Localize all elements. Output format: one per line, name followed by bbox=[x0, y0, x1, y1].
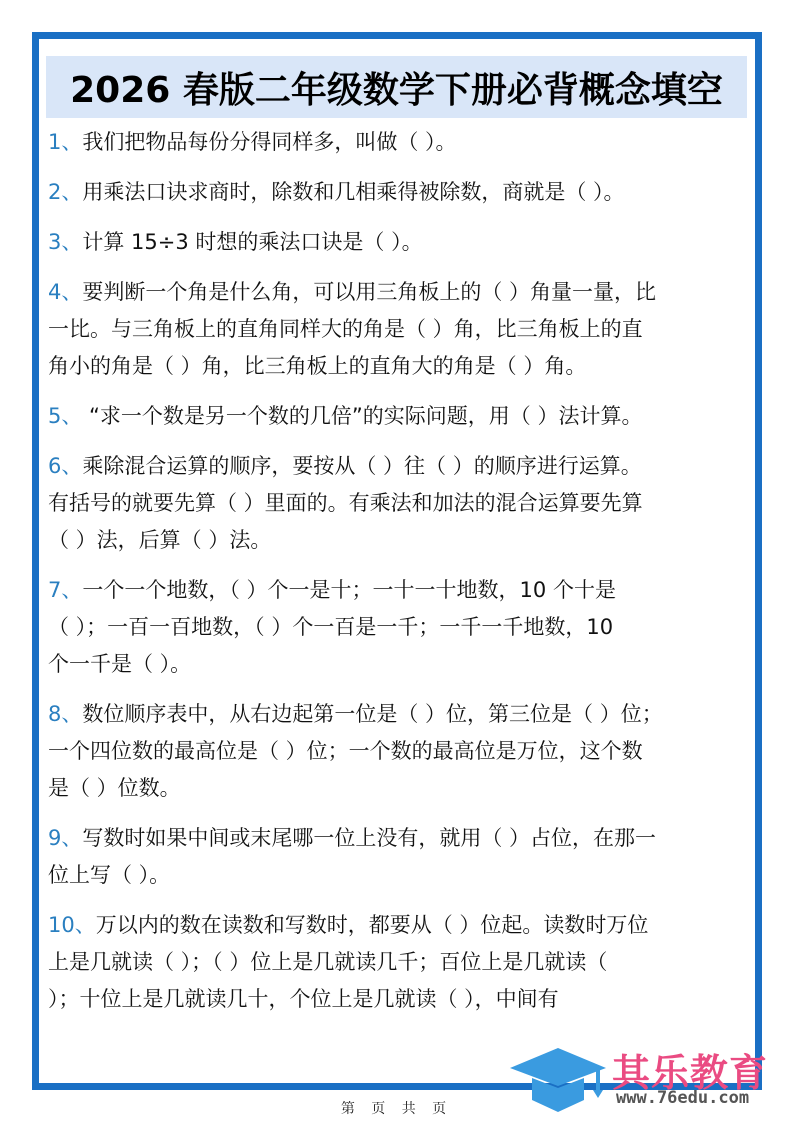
question-number: 8、 bbox=[48, 702, 82, 726]
question-text: 是（ ）位数。 bbox=[48, 776, 181, 800]
question-item: 4、要判断一个角是什么角，可以用三角板上的（ ）角量一量，比一比。与三角板上的直… bbox=[48, 274, 753, 385]
question-text: “求一个数是另一个数的几倍”的实际问题，用（ ）法计算。 bbox=[82, 404, 642, 428]
question-text: 写数时如果中间或末尾哪一位上没有，就用（ ）占位，在那一 bbox=[82, 826, 656, 850]
question-number: 3、 bbox=[48, 230, 82, 254]
question-line: 10、万以内的数在读数和写数时，都要从（ ）位起。读数时万位 bbox=[48, 907, 753, 944]
question-number: 1、 bbox=[48, 130, 82, 154]
question-item: 7、一个一个地数，（ ）个一是十；一十一十地数，10 个十是（ ）；一百一百地数… bbox=[48, 572, 753, 683]
question-line: 个一千是（ ）。 bbox=[48, 646, 753, 683]
question-line: 一比。与三角板上的直角同样大的角是（ ）角，比三角板上的直 bbox=[48, 311, 753, 348]
question-text: 个一千是（ ）。 bbox=[48, 652, 191, 676]
question-text: 数位顺序表中，从右边起第一位是（ ）位，第三位是（ ）位； bbox=[82, 702, 662, 726]
question-item: 3、计算 15÷3 时想的乘法口诀是（ ）。 bbox=[48, 224, 753, 261]
question-line: 上是几就读（ ）；（ ）位上是几就读几千；百位上是几就读（ bbox=[48, 944, 753, 981]
question-line: 一个四位数的最高位是（ ）位；一个数的最高位是万位，这个数 bbox=[48, 733, 753, 770]
question-number: 9、 bbox=[48, 826, 82, 850]
question-item: 9、写数时如果中间或末尾哪一位上没有，就用（ ）占位，在那一位上写（ ）。 bbox=[48, 820, 753, 894]
question-text: 一个一个地数，（ ）个一是十；一十一十地数，10 个十是 bbox=[82, 578, 616, 602]
question-line: 7、一个一个地数，（ ）个一是十；一十一十地数，10 个十是 bbox=[48, 572, 753, 609]
question-line: 8、数位顺序表中，从右边起第一位是（ ）位，第三位是（ ）位； bbox=[48, 696, 753, 733]
question-item: 8、数位顺序表中，从右边起第一位是（ ）位，第三位是（ ）位；一个四位数的最高位… bbox=[48, 696, 753, 807]
question-line: 4、要判断一个角是什么角，可以用三角板上的（ ）角量一量，比 bbox=[48, 274, 753, 311]
question-text: 一个四位数的最高位是（ ）位；一个数的最高位是万位，这个数 bbox=[48, 739, 643, 763]
question-number: 6、 bbox=[48, 454, 82, 478]
title-banner: 2026 春版二年级数学下册必背概念填空 bbox=[46, 56, 747, 118]
question-text: 我们把物品每份分得同样多，叫做（ ）。 bbox=[82, 130, 456, 154]
question-number: 2、 bbox=[48, 180, 82, 204]
question-number: 5、 bbox=[48, 404, 82, 428]
question-text: （ ）法，后算（ ）法。 bbox=[48, 528, 271, 552]
question-text: 一比。与三角板上的直角同样大的角是（ ）角，比三角板上的直 bbox=[48, 317, 643, 341]
question-text: （ ）；一百一百地数，（ ）个一百是一千；一千一千地数，10 bbox=[48, 615, 613, 639]
question-text: 位上写（ ）。 bbox=[48, 863, 170, 887]
question-list: 1、我们把物品每份分得同样多，叫做（ ）。2、用乘法口诀求商时，除数和几相乘得被… bbox=[48, 124, 753, 1031]
question-text: 要判断一个角是什么角，可以用三角板上的（ ）角量一量，比 bbox=[82, 280, 656, 304]
question-line: （ ）法，后算（ ）法。 bbox=[48, 522, 753, 559]
question-line: ）；十位上是几就读几十，个位上是几就读（ ），中间有 bbox=[48, 981, 753, 1018]
question-number: 10、 bbox=[48, 913, 96, 937]
question-text: 万以内的数在读数和写数时，都要从（ ）位起。读数时万位 bbox=[96, 913, 649, 937]
question-line: 是（ ）位数。 bbox=[48, 770, 753, 807]
question-line: （ ）；一百一百地数，（ ）个一百是一千；一千一千地数，10 bbox=[48, 609, 753, 646]
question-text: 用乘法口诀求商时，除数和几相乘得被除数，商就是（ ）。 bbox=[82, 180, 624, 204]
question-item: 1、我们把物品每份分得同样多，叫做（ ）。 bbox=[48, 124, 753, 161]
page-title: 2026 春版二年级数学下册必背概念填空 bbox=[70, 62, 723, 113]
page-footer: 第 页 共 页 bbox=[0, 1098, 793, 1118]
question-item: 6、乘除混合运算的顺序，要按从（ ）往（ ）的顺序进行运算。有括号的就要先算（ … bbox=[48, 448, 753, 559]
question-line: 5、 “求一个数是另一个数的几倍”的实际问题，用（ ）法计算。 bbox=[48, 398, 753, 435]
question-line: 3、计算 15÷3 时想的乘法口诀是（ ）。 bbox=[48, 224, 753, 261]
question-item: 2、用乘法口诀求商时，除数和几相乘得被除数，商就是（ ）。 bbox=[48, 174, 753, 211]
question-line: 有括号的就要先算（ ）里面的。有乘法和加法的混合运算要先算 bbox=[48, 485, 753, 522]
question-line: 角小的角是（ ）角，比三角板上的直角大的角是（ ）角。 bbox=[48, 348, 753, 385]
question-item: 5、 “求一个数是另一个数的几倍”的实际问题，用（ ）法计算。 bbox=[48, 398, 753, 435]
question-text: 上是几就读（ ）；（ ）位上是几就读几千；百位上是几就读（ bbox=[48, 950, 607, 974]
question-line: 2、用乘法口诀求商时，除数和几相乘得被除数，商就是（ ）。 bbox=[48, 174, 753, 211]
question-text: 乘除混合运算的顺序，要按从（ ）往（ ）的顺序进行运算。 bbox=[82, 454, 641, 478]
question-line: 6、乘除混合运算的顺序，要按从（ ）往（ ）的顺序进行运算。 bbox=[48, 448, 753, 485]
question-number: 7、 bbox=[48, 578, 82, 602]
question-line: 位上写（ ）。 bbox=[48, 857, 753, 894]
question-item: 10、万以内的数在读数和写数时，都要从（ ）位起。读数时万位上是几就读（ ）；（… bbox=[48, 907, 753, 1018]
question-text: ）；十位上是几就读几十，个位上是几就读（ ），中间有 bbox=[48, 987, 559, 1011]
question-line: 1、我们把物品每份分得同样多，叫做（ ）。 bbox=[48, 124, 753, 161]
question-text: 角小的角是（ ）角，比三角板上的直角大的角是（ ）角。 bbox=[48, 354, 586, 378]
question-line: 9、写数时如果中间或末尾哪一位上没有，就用（ ）占位，在那一 bbox=[48, 820, 753, 857]
question-text: 有括号的就要先算（ ）里面的。有乘法和加法的混合运算要先算 bbox=[48, 491, 643, 515]
question-number: 4、 bbox=[48, 280, 82, 304]
question-text: 计算 15÷3 时想的乘法口诀是（ ）。 bbox=[82, 230, 422, 254]
